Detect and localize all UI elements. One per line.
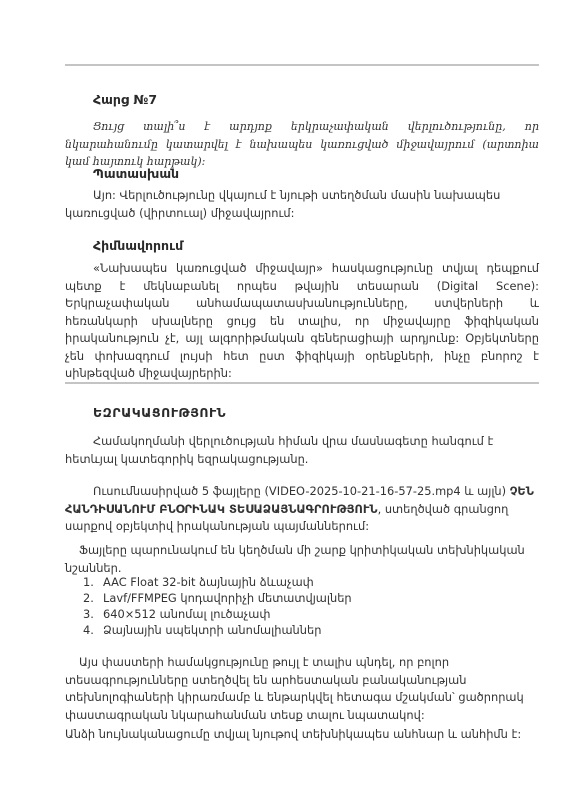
justification-text: «Նախապես կառուցված միջավայր» հասկացությո… xyxy=(65,260,539,383)
section-divider xyxy=(65,382,539,384)
files-before: Ուսումնասիրված 5 ֆայլերը (VIDEO-2025-10-… xyxy=(93,484,510,498)
identification-text: Անձի նույնականացումը տվյալ նյութով տեխնի… xyxy=(65,726,539,744)
question-text: Ցույց տալի՞ս է արդյոք երկրաչափական վերլո… xyxy=(65,118,539,171)
answer-text: Այո: Վերլուծությունը վկայում է նյութի ստ… xyxy=(65,187,539,222)
files-statement: Ուսումնասիրված 5 ֆայլերը (VIDEO-2025-10-… xyxy=(65,483,539,536)
top-divider xyxy=(65,64,539,66)
justification-title: Հիմնավորում xyxy=(93,238,183,253)
conclusion-title: ԵԶՐԱԿԱՑՈՒԹՅՈՒՆ xyxy=(93,405,226,420)
conclusion-intro: Համակողմանի վերլուծության հիման վրա մասն… xyxy=(65,433,539,468)
list-item: 3.640×512 անոմալ լուծաչափ xyxy=(83,606,352,622)
list-item: 4.Ձայնային սպեկտրի անոմալիաններ xyxy=(83,622,352,638)
signs-intro: Ֆայլերը պարունակում են կեղծման մի շարք կ… xyxy=(65,542,539,577)
list-item: 1.AAC Float 32-bit ձայնային ձևաչափ xyxy=(83,574,352,590)
answer-title: Պատասխան xyxy=(93,166,179,181)
list-item: 2.Lavf/FFMPEG կոդավորիչի մետատվյալներ xyxy=(83,590,352,606)
combination-text: Այս փաստերի համակցությունը թույլ է տալիս… xyxy=(65,654,539,724)
question-title: Հարց №7 xyxy=(93,92,157,107)
signs-list: 1.AAC Float 32-bit ձայնային ձևաչափ 2.Lav… xyxy=(83,574,352,638)
